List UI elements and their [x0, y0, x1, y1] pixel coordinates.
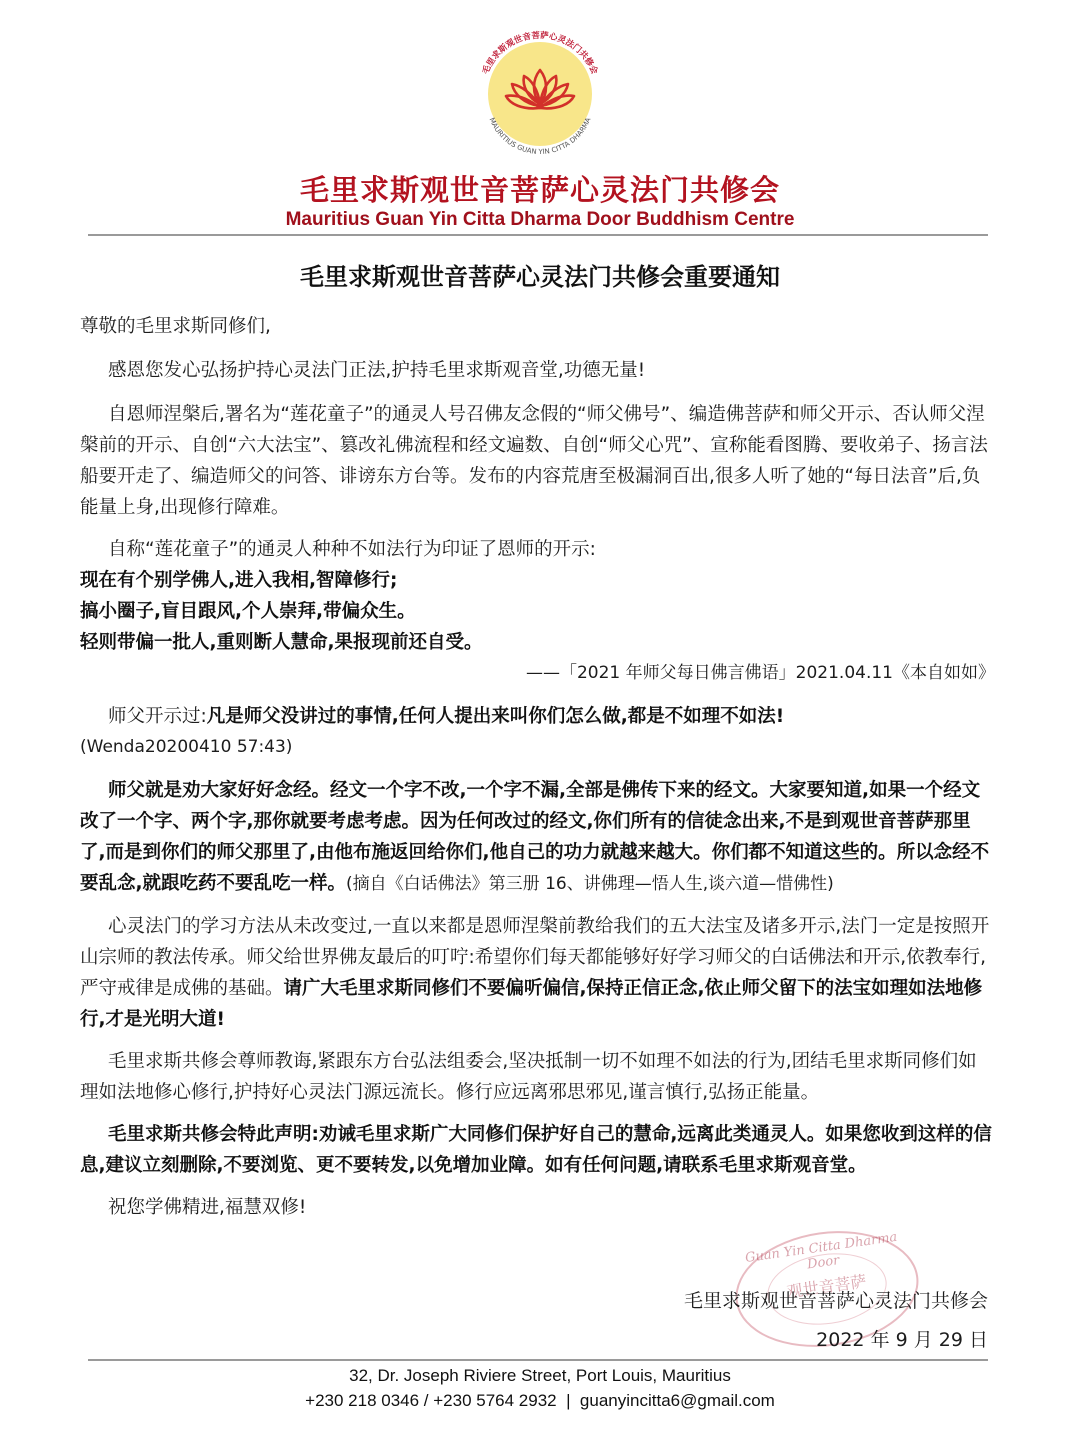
closing-wish: 祝您学佛精进,福慧双修! — [80, 1192, 995, 1223]
quote-line: 轻则带偏一批人,重则断人慧命,果报现前还自受。 — [80, 627, 995, 658]
footer-divider — [88, 1359, 988, 1361]
teaching-lead: 师父开示过: — [108, 706, 207, 727]
notice-title: 毛里求斯观世音菩萨心灵法门共修会重要通知 — [0, 257, 1080, 292]
paragraph-background: 自恩师涅槃后,署名为“莲花童子”的通灵人号召佛友念假的“师父佛号”、编造佛菩萨和… — [80, 399, 995, 523]
footer-address: 32, Dr. Joseph Riviere Street, Port Loui… — [0, 1366, 1080, 1386]
salutation: 尊敬的毛里求斯同修们, — [80, 311, 995, 342]
paragraph-method: 心灵法门的学习方法从未改变过,一直以来都是恩师涅槃前教给我们的五大法宝及诸多开示… — [80, 911, 995, 1035]
paragraph-teaching: 师父开示过:凡是师父没讲过的事情,任何人提出来叫你们怎么做,都是不如理不如法! — [80, 701, 995, 732]
footer-contact: +230 218 0346 / +230 5764 2932 | guanyin… — [0, 1391, 1080, 1411]
master-quote: 现在有个别学佛人,进入我相,智障修行; 搞小圈子,盲目跟风,个人崇拜,带偏众生。… — [80, 565, 995, 689]
paragraph-quote-intro: 自称“莲花童子”的通灵人种种不如法行为印证了恩师的开示: — [80, 534, 995, 565]
quote-line: 搞小圈子,盲目跟风,个人崇拜,带偏众生。 — [80, 596, 995, 627]
paragraph-declaration: 毛里求斯共修会特此声明:劝诫毛里求斯广大同修们保护好自己的慧命,远离此类通灵人。… — [80, 1119, 995, 1181]
lotus-icon: 毛里求斯观世音菩萨心灵法门共修会 MAURITIUS GUAN YIN CITT… — [470, 24, 610, 164]
notice-date: 2022 年 9 月 29 日 — [816, 1325, 988, 1352]
sutra-reference: (摘自《白话佛法》第三册 16、讲佛理—悟人生,谈六道—惜佛性) — [346, 874, 834, 894]
paragraph-sutra: 师父就是劝大家好好念经。经文一个字不改,一个字不漏,全部是佛传下来的经文。大家要… — [80, 775, 995, 900]
signature: 毛里求斯观世音菩萨心灵法门共修会 — [684, 1286, 988, 1313]
quote-source: ——「2021 年师父每日佛言佛语」2021.04.11《本自如如》 — [80, 658, 995, 689]
paragraph-commitment: 毛里求斯共修会尊师教诲,紧跟东方台弘法组委会,坚决抵制一切不如理不如法的行为,团… — [80, 1046, 995, 1108]
quote-line: 现在有个别学佛人,进入我相,智障修行; — [80, 565, 995, 596]
org-logo: 毛里求斯观世音菩萨心灵法门共修会 MAURITIUS GUAN YIN CITT… — [470, 24, 610, 164]
header-divider — [88, 234, 988, 236]
teaching-reference: (Wenda20200410 57:43) — [80, 732, 995, 763]
svg-text:MAURITIUS GUAN YIN CITTA DHARM: MAURITIUS GUAN YIN CITTA DHARMA — [487, 116, 592, 156]
paragraph-gratitude: 感恩您发心弘扬护持心灵法门正法,护持毛里求斯观音堂,功德无量! — [80, 355, 995, 386]
org-name-chinese: 毛里求斯观世音菩萨心灵法门共修会 — [0, 168, 1080, 209]
notice-body: 尊敬的毛里求斯同修们, 感恩您发心弘扬护持心灵法门正法,护持毛里求斯观音堂,功德… — [80, 311, 995, 1234]
teaching-bold: 凡是师父没讲过的事情,任何人提出来叫你们怎么做,都是不如理不如法! — [207, 706, 785, 727]
org-name-english: Mauritius Guan Yin Citta Dharma Door Bud… — [0, 209, 1080, 231]
